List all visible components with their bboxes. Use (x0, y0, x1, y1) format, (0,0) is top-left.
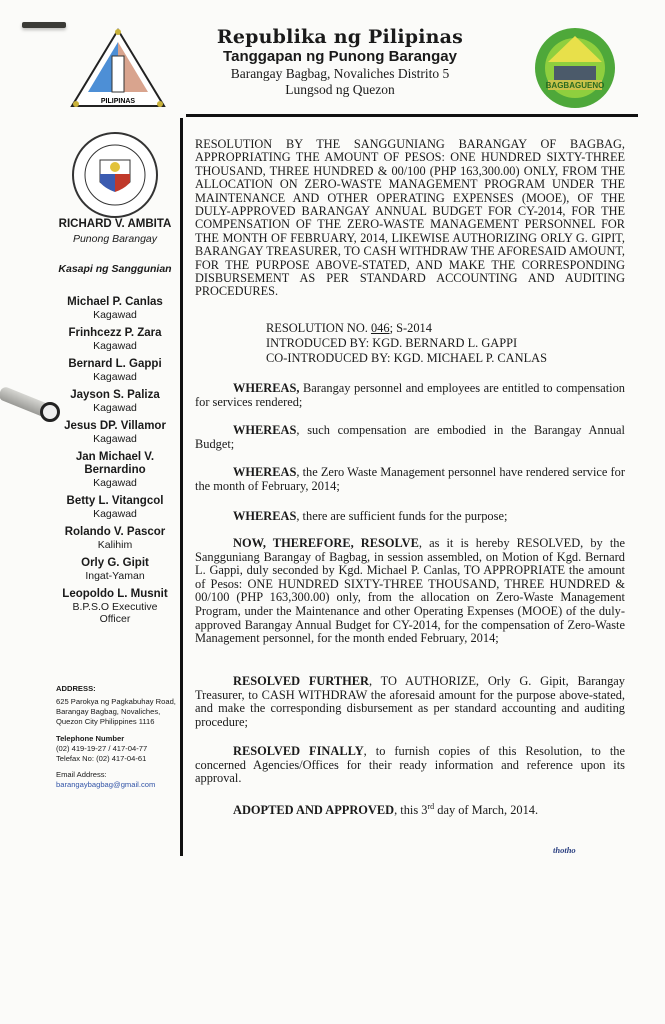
list-item: Jesus DP. VillamorKagawad (50, 420, 180, 445)
member-name: Jesus DP. Villamor (50, 420, 180, 433)
member-name: Jayson S. Paliza (50, 389, 180, 402)
address-label: ADDRESS: (56, 684, 180, 694)
member-role: Ingat-Yaman (50, 570, 180, 582)
member-role: Kagawad (50, 340, 180, 352)
list-item: Jan Michael V. BernardinoKagawad (50, 451, 180, 489)
bagbagueno-logo-icon: BAGBAGUENO (528, 22, 623, 110)
member-name: Betty L. Vitangcol (50, 495, 180, 508)
council-heading: Kasapi ng Sanggunian (50, 263, 180, 275)
resolution-info: RESOLUTION NO. 046; S-2014 INTRODUCED BY… (266, 321, 547, 366)
phone-text: (02) 419-19-27 / 417-04-77 (56, 744, 180, 754)
svg-text:PILIPINAS: PILIPINAS (101, 98, 136, 105)
member-role: Kagawad (50, 508, 180, 520)
member-name: Frinhcezz P. Zara (50, 327, 180, 340)
list-item: Betty L. VitangcolKagawad (50, 495, 180, 520)
resolve-paragraph: NOW, THEREFORE, RESOLVE, as it is hereby… (195, 537, 625, 646)
member-name: Bernard L. Gappi (50, 358, 180, 371)
phone-label: Telephone Number (56, 734, 180, 744)
member-name: Michael P. Canlas (50, 296, 180, 309)
resolution-number: RESOLUTION NO. 046; S-2014 (266, 321, 547, 336)
letterhead-city: Lungsod ng Quezon (190, 82, 490, 98)
whereas-paragraph: WHEREAS, Barangay personnel and employee… (195, 382, 625, 409)
letterhead-address: Barangay Bagbag, Novaliches Distrito 5 (190, 66, 490, 82)
barangay-seal-icon (70, 130, 160, 220)
member-role: Kagawad (50, 371, 180, 383)
svg-text:BAGBAGUENO: BAGBAGUENO (546, 81, 605, 90)
member-name: Rolando V. Pascor (50, 526, 180, 539)
member-role: B.P.S.O Executive Officer (50, 601, 180, 625)
email-label: Email Address: (56, 770, 180, 780)
sidebar-divider (180, 118, 183, 856)
co-introduced-by: CO-INTRODUCED BY: KGD. MICHAEL P. CANLAS (266, 351, 547, 366)
letterhead-office: Tanggapan ng Punong Barangay (190, 48, 490, 65)
resolution-title: Resolution by the Sangguniang Barangay o… (195, 138, 625, 299)
letterhead: Republika ng Pilipinas Tanggapan ng Puno… (190, 26, 490, 98)
member-role: Kagawad (50, 477, 180, 489)
list-item: Leopoldo L. MusnitB.P.S.O Executive Offi… (50, 588, 180, 625)
member-name: Orly G. Gipit (50, 557, 180, 570)
list-item: Jayson S. PalizaKagawad (50, 389, 180, 414)
whereas-paragraph: WHEREAS, there are sufficient funds for … (195, 510, 625, 524)
resolved-further-paragraph: RESOLVED FURTHER, TO AUTHORIZE, Orly G. … (195, 675, 625, 729)
telefax-text: Telefax No: (02) 417-04-61 (56, 754, 180, 764)
chair-title: Punong Barangay (50, 233, 180, 245)
chair-name: RICHARD V. AMBITA (50, 218, 180, 230)
member-role: Kagawad (50, 309, 180, 321)
typist-initials: thotho (553, 845, 576, 855)
quezon-city-seal-icon: PILIPINAS (68, 26, 168, 110)
contact-block: ADDRESS: 625 Parokya ng Pagkabuhay Road,… (56, 684, 180, 790)
member-role: Kagawad (50, 402, 180, 414)
member-role: Kalihim (50, 539, 180, 551)
list-item: Rolando V. PascorKalihim (50, 526, 180, 551)
list-item: Michael P. CanlasKagawad (50, 296, 180, 321)
email-link[interactable]: barangaybagbag@gmail.com (56, 780, 180, 790)
whereas-paragraph: WHEREAS, the Zero Waste Management perso… (195, 466, 625, 493)
letterhead-title: Republika ng Pilipinas (190, 26, 490, 48)
adoption-statement: ADOPTED AND APPROVED, this 3rd day of Ma… (195, 800, 625, 818)
member-name: Leopoldo L. Musnit (50, 588, 180, 601)
binder-clip (22, 22, 66, 28)
address-text: 625 Parokya ng Pagkabuhay Road, Barangay… (56, 697, 180, 727)
member-name: Jan Michael V. Bernardino (50, 451, 180, 477)
list-item: Orly G. GipitIngat-Yaman (50, 557, 180, 582)
council-member-list: Michael P. CanlasKagawad Frinhcezz P. Za… (50, 296, 180, 631)
introduced-by: INTRODUCED BY: KGD. BERNARD L. GAPPI (266, 336, 547, 351)
member-role: Kagawad (50, 433, 180, 445)
header-divider (186, 114, 638, 117)
whereas-paragraph: WHEREAS, such compensation are embodied … (195, 424, 625, 451)
list-item: Frinhcezz P. ZaraKagawad (50, 327, 180, 352)
resolved-finally-paragraph: RESOLVED FINALLY, to furnish copies of t… (195, 745, 625, 786)
list-item: Bernard L. GappiKagawad (50, 358, 180, 383)
